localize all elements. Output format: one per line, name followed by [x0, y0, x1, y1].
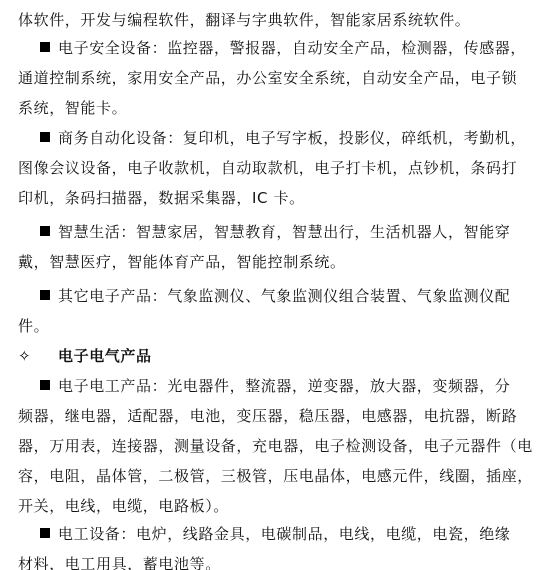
diamond-bullet-icon: ✧ [18, 346, 32, 366]
paragraph-line: 器，万用表，连接器，测量设备，充电器，电子检测设备，电子元器件（电 [18, 436, 533, 456]
paragraph-line: 系统，智能卡。 [18, 98, 127, 118]
bullet-text: 电子电工产品：光电器件，整流器，逆变器，放大器，变频器，分 [58, 377, 510, 395]
paragraph-line: 戴，智慧医疗，智能体育产品，智能控制系统。 [18, 252, 346, 272]
square-bullet-icon [40, 380, 50, 390]
paragraph-line: 开关，电线，电缆，电路板）。 [18, 496, 229, 516]
section-heading: ✧电子电气产品 [18, 346, 152, 366]
bullet-item-smart-life: 智慧生活：智慧家居，智慧教育，智慧出行，生活机器人，智能穿 [40, 222, 510, 242]
paragraph-line: 材料，电工用具，蓄电池等。 [18, 554, 221, 570]
bullet-text: 电子安全设备：监控器，警报器，自动安全产品，检测器，传感器， [58, 39, 526, 57]
paragraph-line: 频器，继电器，适配器，电池，变压器，稳压器，电感器，电抗器，断路 [18, 406, 517, 426]
bullet-item-electronic-security: 电子安全设备：监控器，警报器，自动安全产品，检测器，传感器， [40, 38, 526, 58]
bullet-item-other-electronics: 其它电子产品：气象监测仪、气象监测仪组合装置、气象监测仪配 [40, 286, 510, 306]
paragraph-line: 通道控制系统，家用安全产品，办公室安全系统，自动安全产品，电子锁 [18, 68, 517, 88]
paragraph-line: 容，电阻，晶体管，二极管，三极管，压电晶体，电感元件，线圈，插座， [18, 466, 533, 486]
bullet-text: 商务自动化设备：复印机，电子写字板，投影仪，碎纸机，考勤机， [58, 129, 526, 147]
bullet-text: 智慧生活：智慧家居，智慧教育，智慧出行，生活机器人，智能穿 [58, 223, 510, 241]
square-bullet-icon [40, 42, 50, 52]
bullet-text: 其它电子产品：气象监测仪、气象监测仪组合装置、气象监测仪配 [58, 287, 510, 305]
bullet-item-electrical-equipment: 电工设备：电炉，线路金具，电碳制品，电线，电缆，电瓷，绝缘 [40, 524, 510, 544]
paragraph-line: 图像会议设备，电子收款机，自动取款机，电子打卡机，点钞机，条码打 [18, 158, 517, 178]
paragraph-line: 印机，条码扫描器，数据采集器，IC 卡。 [18, 188, 305, 208]
paragraph-line: 体软件，开发与编程软件，翻译与字典软件，智能家居系统软件。 [18, 10, 470, 30]
square-bullet-icon [40, 226, 50, 236]
bullet-item-electrical-products: 电子电工产品：光电器件，整流器，逆变器，放大器，变频器，分 [40, 376, 510, 396]
square-bullet-icon [40, 290, 50, 300]
paragraph-line: 件。 [18, 316, 49, 336]
square-bullet-icon [40, 132, 50, 142]
bullet-item-office-automation: 商务自动化设备：复印机，电子写字板，投影仪，碎纸机，考勤机， [40, 128, 526, 148]
bullet-text: 电工设备：电炉，线路金具，电碳制品，电线，电缆，电瓷，绝缘 [58, 525, 510, 543]
section-heading-text: 电子电气产品 [58, 347, 152, 365]
square-bullet-icon [40, 528, 50, 538]
